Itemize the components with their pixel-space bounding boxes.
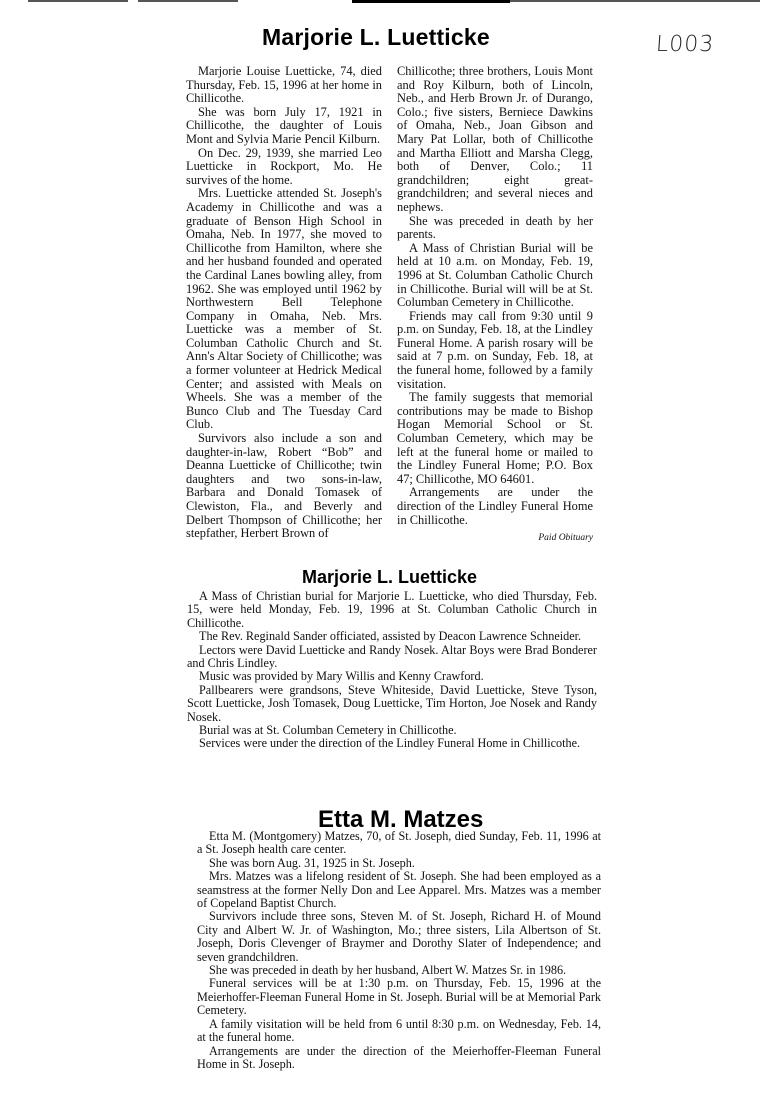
- paragraph: Pallbearers were grandsons, Steve Whites…: [187, 684, 597, 724]
- paragraph: Burial was at St. Columban Cemetery in C…: [187, 724, 597, 737]
- paragraph: Marjorie Louise Luetticke, 74, died Thur…: [186, 65, 382, 106]
- paragraph: Music was provided by Mary Willis and Ke…: [187, 670, 597, 683]
- paragraph: Mrs. Luetticke attended St. Joseph's Aca…: [186, 187, 382, 432]
- obituary-2-headline: Marjorie L. Luetticke: [302, 567, 477, 588]
- paragraph: She was preceded in death by her parents…: [397, 215, 593, 242]
- paragraph: Arrangements are under the direction of …: [397, 486, 593, 527]
- paragraph: Survivors also include a son and daughte…: [186, 432, 382, 541]
- paragraph: Chillicothe; three brothers, Louis Mont …: [397, 65, 593, 215]
- paragraph: Lectors were David Luetticke and Randy N…: [187, 644, 597, 671]
- paragraph: Etta M. (Montgomery) Matzes, 70, of St. …: [197, 830, 601, 857]
- paragraph: The Rev. Reginald Sander officiated, ass…: [187, 630, 597, 643]
- obituary-2-body: A Mass of Christian burial for Marjorie …: [187, 590, 597, 751]
- paragraph: Services were under the direction of the…: [187, 737, 597, 750]
- paragraph: On Dec. 29, 1939, she married Leo Luetti…: [186, 147, 382, 188]
- page-marker: L003: [655, 32, 715, 57]
- paid-obituary-credit: Paid Obituary: [397, 532, 593, 546]
- paragraph: Survivors include three sons, Steven M. …: [197, 910, 601, 964]
- paragraph: She was born July 17, 1921 in Chillicoth…: [186, 106, 382, 147]
- obituary-3-body: Etta M. (Montgomery) Matzes, 70, of St. …: [197, 830, 601, 1071]
- paragraph: Funeral services will be at 1:30 p.m. on…: [197, 977, 601, 1017]
- scan-top-edge: [0, 0, 760, 3]
- paragraph: Friends may call from 9:30 until 9 p.m. …: [397, 310, 593, 392]
- obituary-1-right-column: Chillicothe; three brothers, Louis Mont …: [397, 65, 593, 546]
- paragraph: The family suggests that memorial contri…: [397, 391, 593, 486]
- paragraph: Mrs. Matzes was a lifelong resident of S…: [197, 870, 601, 910]
- obituary-1-left-column: Marjorie Louise Luetticke, 74, died Thur…: [186, 65, 382, 541]
- paragraph: A Mass of Christian burial for Marjorie …: [187, 590, 597, 630]
- obituary-1-headline: Marjorie L. Luetticke: [262, 24, 490, 51]
- paragraph: Arrangements are under the direction of …: [197, 1045, 601, 1072]
- paragraph: She was born Aug. 31, 1925 in St. Joseph…: [197, 857, 601, 870]
- paragraph: She was preceded in death by her husband…: [197, 964, 601, 977]
- paragraph: A family visitation will be held from 6 …: [197, 1018, 601, 1045]
- paragraph: A Mass of Christian Burial will be held …: [397, 242, 593, 310]
